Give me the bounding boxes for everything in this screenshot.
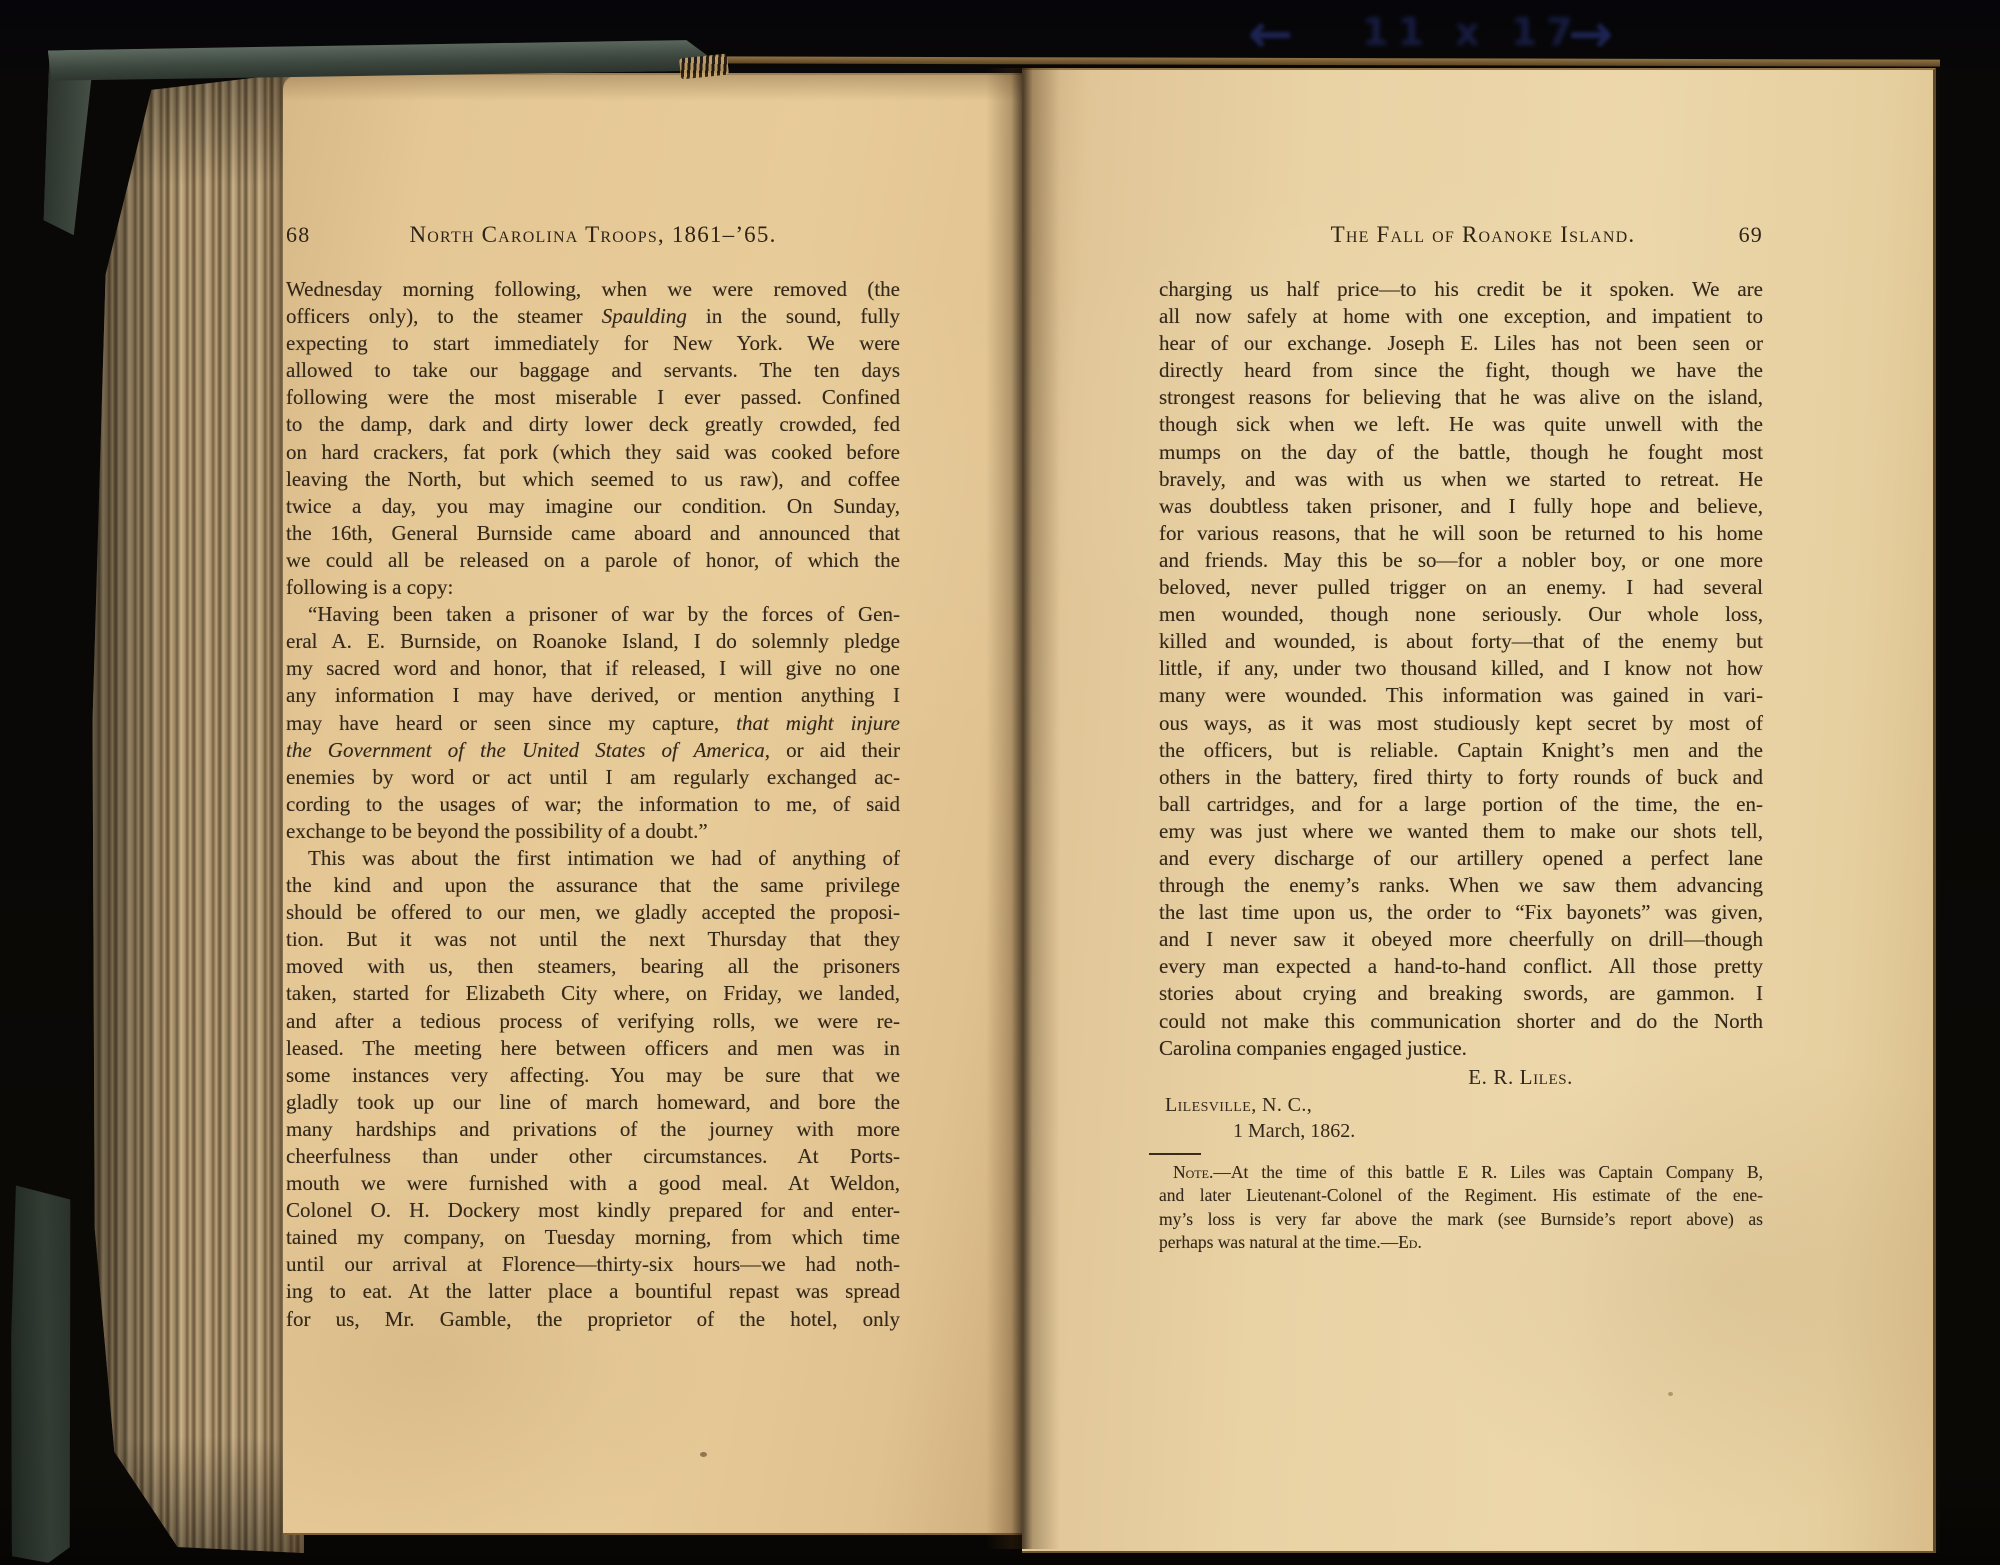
text-line: men wounded, though none seriously. Our …	[1159, 601, 1763, 628]
text-line: leaving the North, but which seemed to u…	[286, 466, 900, 493]
book-gutter-shadow	[986, 68, 1060, 1549]
left-page-body: Wednesday morning following, when we wer…	[286, 276, 900, 1333]
text-line: for various reasons, that he will soon b…	[1159, 520, 1763, 547]
text-line: mumps on the day of the battle, though h…	[1159, 439, 1763, 466]
text-line: many hardships and privations of the jou…	[286, 1116, 900, 1143]
text-line: following is a copy:	[286, 574, 900, 601]
text-line: expecting to start immediately for New Y…	[286, 330, 900, 357]
right-page-body: charging us half price—to his credit be …	[1159, 276, 1763, 1062]
text-line: any information I may have derived, or m…	[286, 682, 900, 709]
text-line: moved with us, then steamers, bearing al…	[286, 953, 900, 980]
text-line: emy was just where we wanted them to mak…	[1159, 818, 1763, 845]
text-line: stories about crying and breaking swords…	[1159, 980, 1763, 1007]
text-line: and later Lieutenant-Colonel of the Regi…	[1159, 1184, 1763, 1208]
page-number-right: 69	[1739, 222, 1763, 248]
text-line: charging us half price—to his credit be …	[1159, 276, 1763, 303]
text-line: was doubtless taken prisoner, and I full…	[1159, 493, 1763, 520]
book-board-top-edge	[700, 56, 1940, 66]
text-line: leased. The meeting here between officer…	[286, 1035, 900, 1062]
book-cover-corner	[43, 59, 93, 235]
text-line: may have heard or seen since my capture,…	[286, 710, 900, 737]
text-line: the officers, but is reliable. Captain K…	[1159, 737, 1763, 764]
text-line: bravely, and was with us when we started…	[1159, 466, 1763, 493]
text-line: cording to the usages of war; the inform…	[286, 791, 900, 818]
paper-speck	[700, 1452, 707, 1457]
text-line: mouth we were furnished with a good meal…	[286, 1170, 900, 1197]
text-line: and I never saw it obeyed more cheerfull…	[1159, 926, 1763, 953]
running-title-left: North Carolina Troops, 1861–’65.	[286, 222, 900, 248]
paper-speck	[560, 1235, 564, 1239]
text-line: Wednesday morning following, when we wer…	[286, 276, 900, 303]
text-line: others in the battery, fired thirty to f…	[1159, 764, 1763, 791]
right-page-text: The Fall of Roanoke Island. 69 charging …	[1159, 222, 1763, 1255]
text-line: This was about the first intimation we h…	[286, 845, 900, 872]
right-running-head: The Fall of Roanoke Island. 69	[1159, 222, 1763, 276]
text-line: tained my company, on Tuesday morning, f…	[286, 1224, 900, 1251]
text-line: Carolina companies engaged justice.	[1159, 1035, 1763, 1062]
text-line: allowed to take our baggage and servants…	[286, 357, 900, 384]
book-scan: ← 11 x 17 → 68 North Carolina Troops, 18…	[0, 0, 2000, 1565]
text-line: gladly took up our line of march homewar…	[286, 1089, 900, 1116]
page-stack-fore-edge	[86, 66, 304, 1556]
text-line: the last time upon us, the order to “Fix…	[1159, 899, 1763, 926]
scan-right-arrow-icon: →	[1568, 2, 1613, 65]
text-line: every man expected a hand-to-hand confli…	[1159, 953, 1763, 980]
text-line: ball cartridges, and for a large portion…	[1159, 791, 1763, 818]
text-line: hear of our exchange. Joseph E. Liles ha…	[1159, 330, 1763, 357]
text-line: my sacred word and honor, that if releas…	[286, 655, 900, 682]
text-line: perhaps was natural at the time.—Ed.	[1159, 1231, 1763, 1255]
letter-place: Lilesville, N. C.,	[1165, 1092, 1763, 1118]
left-running-head: 68 North Carolina Troops, 1861–’65.	[286, 222, 900, 276]
text-line: though sick when we left. He was quite u…	[1159, 411, 1763, 438]
text-line: little, if any, under two thousand kille…	[1159, 655, 1763, 682]
text-line: through the enemy’s ranks. When we saw t…	[1159, 872, 1763, 899]
text-line: ous ways, as it was most studiously kept…	[1159, 710, 1763, 737]
text-line: taken, started for Elizabeth City where,…	[286, 980, 900, 1007]
running-title-right: The Fall of Roanoke Island.	[1181, 222, 1785, 248]
text-line: and after a tedious process of verifying…	[286, 1008, 900, 1035]
text-line: directly heard from since the fight, tho…	[1159, 357, 1763, 384]
scan-size-label: 11 x 17	[1362, 10, 1582, 54]
text-line: until our arrival at Florence—thirty-six…	[286, 1251, 900, 1278]
footnote-rule	[1149, 1153, 1201, 1155]
text-line: tion. But it was not until the next Thur…	[286, 926, 900, 953]
text-line: enemies by word or act until I am regula…	[286, 764, 900, 791]
text-line: eral A. E. Burnside, on Roanoke Island, …	[286, 628, 900, 655]
text-line: could not make this communication shorte…	[1159, 1008, 1763, 1035]
text-line: the Government of the United States of A…	[286, 737, 900, 764]
text-line: exchange to be beyond the possibility of…	[286, 818, 900, 845]
text-line: Note.—At the time of this battle E R. Li…	[1159, 1161, 1763, 1185]
book-cover-bottom-corner	[4, 1184, 78, 1563]
footnote: Note.—At the time of this battle E R. Li…	[1159, 1161, 1763, 1255]
text-line: some instances very affecting. You may b…	[286, 1062, 900, 1089]
text-line: killed and wounded, is about forty—that …	[1159, 628, 1763, 655]
text-line: many were wounded. This information was …	[1159, 682, 1763, 709]
text-line: officers only), to the steamer Spaulding…	[286, 303, 900, 330]
text-line: on hard crackers, fat pork (which they s…	[286, 439, 900, 466]
letter-signature: E. R. Liles.	[1159, 1064, 1763, 1091]
letter-date: 1 March, 1862.	[1233, 1118, 1763, 1144]
text-line: for us, Mr. Gamble, the proprietor of th…	[286, 1306, 900, 1333]
text-line: “Having been taken a prisoner of war by …	[286, 601, 900, 628]
text-line: Colonel O. H. Dockery most kindly prepar…	[286, 1197, 900, 1224]
text-line: ing to eat. At the latter place a bounti…	[286, 1278, 900, 1305]
text-line: all now safely at home with one exceptio…	[1159, 303, 1763, 330]
left-page-text: 68 North Carolina Troops, 1861–’65. Wedn…	[286, 222, 900, 1333]
text-line: and every discharge of our artillery ope…	[1159, 845, 1763, 872]
text-line: strongest reasons for believing that he …	[1159, 384, 1763, 411]
text-line: the kind and upon the assurance that the…	[286, 872, 900, 899]
text-line: beloved, never pulled trigger on an enem…	[1159, 574, 1763, 601]
text-line: my’s loss is very far above the mark (se…	[1159, 1208, 1763, 1232]
text-line: and friends. May this be so—for a nobler…	[1159, 547, 1763, 574]
text-line: should be offered to our men, we gladly …	[286, 899, 900, 926]
paper-speck	[1668, 1392, 1673, 1396]
text-line: twice a day, you may imagine our conditi…	[286, 493, 900, 520]
text-line: cheerfulness than under other circumstan…	[286, 1143, 900, 1170]
scan-left-arrow-icon: ←	[1248, 2, 1293, 65]
text-line: to the damp, dark and dirty lower deck g…	[286, 411, 900, 438]
text-line: following were the most miserable I ever…	[286, 384, 900, 411]
text-line: we could all be released on a parole of …	[286, 547, 900, 574]
text-line: the 16th, General Burnside came aboard a…	[286, 520, 900, 547]
